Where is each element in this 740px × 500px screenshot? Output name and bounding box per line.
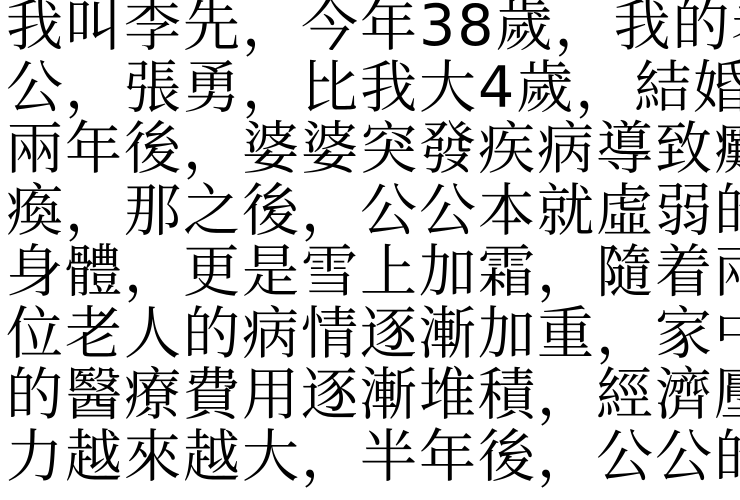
text-line-5: 身體，更是雪上加霜，隨着兩	[6, 242, 740, 304]
story-text-block: 我叫李先，今年38歲，我的老 公，張勇，比我大4歲，結婚 兩年後，婆婆突發疾病導…	[6, 0, 740, 488]
text-line-3: 兩年後，婆婆突發疾病導致癱	[6, 119, 740, 181]
text-line-1: 我叫李先，今年38歲，我的老	[6, 0, 740, 58]
text-line-7: 的醫療費用逐漸堆積，經濟壓	[6, 365, 740, 427]
text-line-4: 瘓，那之後，公公本就虛弱的	[6, 181, 740, 243]
text-line-6: 位老人的病情逐漸加重，家中	[6, 304, 740, 366]
text-line-8: 力越來越大，半年後，公公的	[6, 427, 740, 489]
text-line-2: 公，張勇，比我大4歲，結婚	[6, 58, 740, 120]
